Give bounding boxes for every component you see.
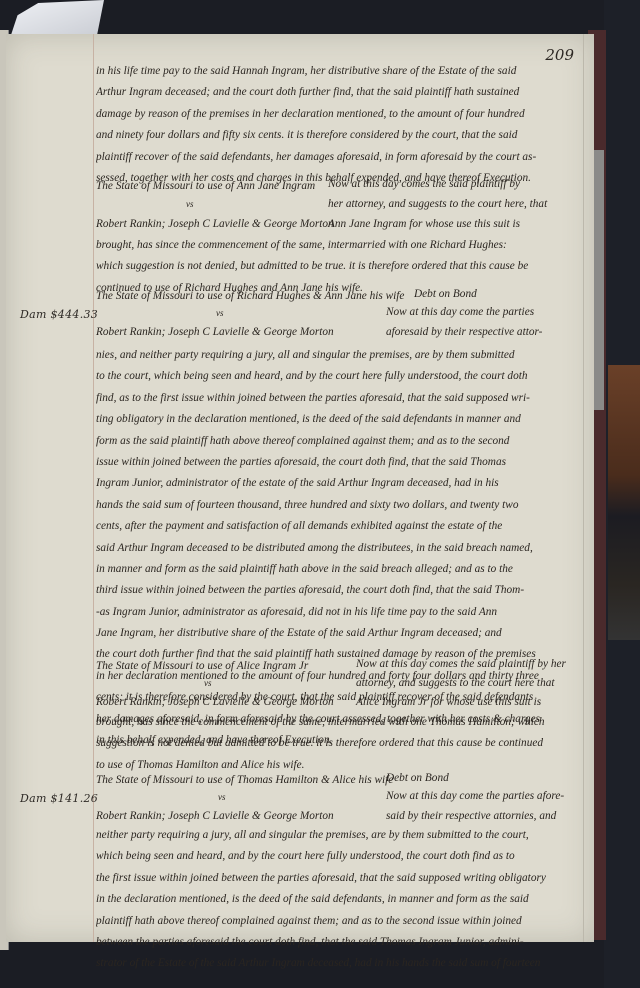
text-line: brought, has since the commencement of t… [96, 712, 586, 733]
caption-plaintiff: The State of Missouri to use of Ann Jane… [96, 180, 315, 192]
caption-plaintiff: The State of Missouri to use of Alice In… [96, 660, 308, 672]
text-line: in the declaration mentioned, is the dee… [96, 889, 586, 910]
text-line: Arthur Ingram deceased; and the court do… [96, 82, 586, 103]
text-line: said Arthur Ingram deceased to be distri… [96, 538, 586, 559]
text-line: to the court, which being seen and heard… [96, 366, 586, 387]
caption-text-line: Now at this day come the parties [386, 306, 534, 318]
text-line: Jane Ingram, her distributive share of t… [96, 623, 586, 644]
action-type: Debt on Bond [414, 288, 477, 300]
continuation-paragraph: in his life time pay to the said Hannah … [96, 61, 586, 189]
caption-vs: vs [216, 308, 224, 318]
margin-note-damages: Dam $141.26 [20, 792, 98, 805]
text-line: Ingram Junior, administrator of the esta… [96, 473, 586, 494]
text-line: strator of the Estate of the said Arthur… [96, 953, 586, 974]
text-line: form as the said plaintiff hath above th… [96, 431, 586, 452]
entry-paragraph: neither party requiring a jury, all and … [96, 825, 586, 975]
caption-text-line: Now at this day comes the said plaintiff… [328, 178, 520, 190]
caption-defendants: Robert Rankin; Joseph C Lavielle & Georg… [96, 326, 334, 338]
text-line: in his life time pay to the said Hannah … [96, 61, 586, 82]
text-line: -as Ingram Junior, administrator as afor… [96, 602, 586, 623]
text-line: damage by reason of the premises in her … [96, 104, 586, 125]
text-line: between the parties aforesaid the court … [96, 932, 586, 953]
caption-vs: vs [186, 199, 194, 209]
text-line: which being seen and heard, and by the c… [96, 846, 586, 867]
caption-text-line: said by their respective attornies, and [386, 810, 556, 822]
caption-defendants: Robert Rankin; Joseph C Lavielle & Georg… [96, 218, 334, 230]
caption-text-line: Ann Jane Ingram for whose use this suit … [328, 218, 520, 230]
text-line: ting obligatory in the declaration menti… [96, 409, 586, 430]
text-line: plaintiff hath above thereof complained … [96, 911, 586, 932]
caption-vs: vs [218, 792, 226, 802]
action-type: Debt on Bond [386, 772, 449, 784]
margin-note-damages: Dam $444.33 [20, 308, 98, 321]
caption-vs: vs [204, 678, 212, 688]
caption-text-line: aforesaid by their respective attor- [386, 326, 542, 338]
text-line: which suggestion is not denied, but admi… [96, 256, 586, 277]
caption-defendants: Robert Rankin; Joseph C Lavielle & Georg… [96, 696, 334, 708]
caption-plaintiff: The State of Missouri to use of Thomas H… [96, 774, 393, 786]
entry-paragraph: nies, and neither party requiring a jury… [96, 345, 586, 751]
text-line: brought, has since the commencement of t… [96, 235, 586, 256]
text-line: suggestion is not denied but admitted to… [96, 733, 586, 754]
text-line: the first issue within joined between th… [96, 868, 586, 889]
margin-rule [93, 34, 94, 942]
ledger-page: 209 Dam $444.33 Dam $141.26 in his life … [6, 34, 594, 942]
text-line: issue within joined between the parties … [96, 452, 586, 473]
caption-plaintiff: The State of Missouri to use of Richard … [96, 290, 404, 302]
caption-defendants: Robert Rankin; Joseph C Lavielle & Georg… [96, 810, 334, 822]
background-object [608, 365, 640, 640]
caption-text-line: Now at this day comes the said plaintiff… [356, 658, 566, 670]
caption-text-line: her attorney, and suggests to the court … [328, 198, 547, 210]
text-line: in manner and form as the said plaintiff… [96, 559, 586, 580]
background-desk [604, 0, 640, 988]
text-line: to use of Thomas Hamilton and Alice his … [96, 755, 586, 776]
text-line: neither party requiring a jury, all and … [96, 825, 586, 846]
caption-text-line: Now at this day come the parties afore- [386, 790, 564, 802]
paper-tab [10, 0, 104, 38]
caption-text-line: Alice Ingram Jr for whose use this suit … [356, 696, 541, 708]
text-line: hands the said sum of fourteen thousand,… [96, 495, 586, 516]
text-line: nies, and neither party requiring a jury… [96, 345, 586, 366]
text-line: plaintiff recover of the said defendants… [96, 147, 586, 168]
text-line: find, as to the first issue within joine… [96, 388, 586, 409]
text-line: and ninety four dollars and fifty six ce… [96, 125, 586, 146]
text-line: cents, after the payment and satisfactio… [96, 516, 586, 537]
entry-paragraph: brought, has since the commencement of t… [96, 712, 586, 776]
caption-text-line: attorney, and suggests to the court here… [356, 677, 555, 689]
text-line: third issue within joined between the pa… [96, 580, 586, 601]
